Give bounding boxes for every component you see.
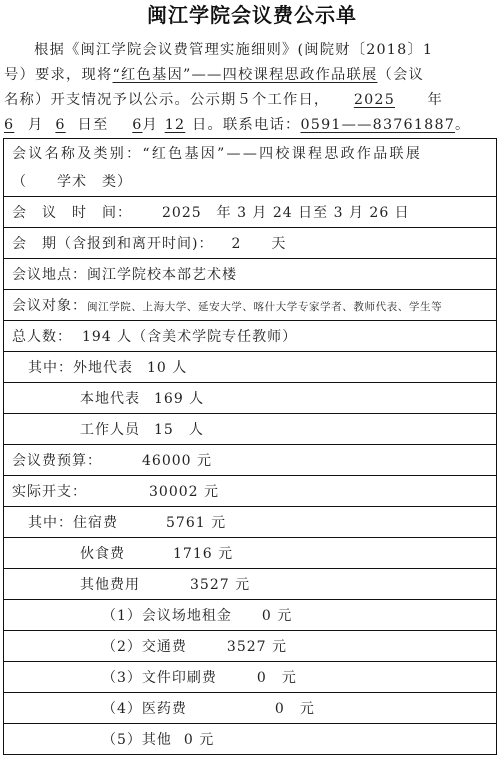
budget-value: 46000 元 [142,453,212,469]
cell-other-printing: （3）文件印刷费0 元 [4,662,497,693]
cell-expense-other: 其他费用3527 元 [4,569,497,600]
row-other-venue: （1）会议场地租金0 元 [4,600,497,631]
row-attendee-staff: 工作人员15 人 [4,414,497,445]
end-month: 6 [109,113,143,138]
other-item-label: （5）其他 [102,732,172,748]
meeting-category: （ 学术 类） [12,168,496,196]
other-item-label: （3）文件印刷费 [102,670,217,686]
intro-text: （会议 [377,67,424,83]
actual-value: 30002 元 [149,484,219,500]
cell-other-misc: （5）其他0 元 [4,724,497,755]
total-label: 总人数： [12,329,72,345]
cell-attendee-staff: 工作人员15 人 [4,414,497,445]
cell-other-transport: （2）交通费3527 元 [4,631,497,662]
location-label: 会议地点： [12,267,87,283]
attendee-label: 工作人员 [80,422,140,438]
row-location: 会议地点：闽江学院校本部艺术楼 [4,259,497,290]
duration-label: 会 期（含报到和离开时间)： [12,236,213,252]
meeting-time-value: 2025 年 3 月 24 日至 3 月 26 日 [162,205,410,221]
year-unit: 年 [427,92,443,108]
location-value: 闽江学院校本部艺术楼 [87,267,237,283]
intro-text: 根据《闽江学院会议费管理实施细则》(闽院财〔2018〕1 [34,42,433,58]
cell-duration: 会 期（含报到和离开时间)：2 天 [4,228,497,259]
start-month: 6 [4,113,28,138]
cell-actual: 实际开支：30002 元 [4,476,497,507]
period: 。 [455,117,471,133]
other-item-value: 0 元 [275,701,315,717]
attendee-label: 本地代表 [80,391,140,407]
row-other-misc: （5）其他0 元 [4,724,497,755]
other-item-value: 0 元 [262,608,292,624]
cell-attendee-remote: 其中：外地代表10 人 [4,352,497,383]
row-attendee-local: 本地代表169 人 [4,383,497,414]
intro-line-2: 号）要求，现将“红色基因”——四校课程思政作品联展（会议 [4,63,498,88]
row-other-medical: （4）医药费0 元 [4,693,497,724]
other-item-value: 0 元 [257,670,297,686]
row-audience: 会议对象：闽江学院、上海大学、延安大学、喀什大学专家学者、教师代表、学生等 [4,290,497,321]
audience-value: 闽江学院、上海大学、延安大学、喀什大学专家学者、教师代表、学生等 [87,301,442,313]
meeting-name-label: 会议名称及类别： [12,146,142,162]
breakdown-prefix: 其中： [28,515,73,531]
contact-label: 日。联系电话： [192,117,300,133]
start-year: 2025 [329,88,419,113]
end-day: 12 [158,113,192,138]
cell-other-medical: （4）医药费0 元 [4,693,497,724]
attendee-value: 10 人 [147,360,187,376]
intro-line-4: 6月6日至6月12日。联系电话：0591——83761887。 [4,113,498,138]
document-title: 闽江学院会议费公示单 [0,2,504,28]
row-expense-meals: 伙食费1716 元 [4,538,497,569]
cell-other-venue: （1）会议场地租金0 元 [4,600,497,631]
other-item-label: （2）交通费 [102,639,187,655]
budget-label: 会议费预算： [12,453,102,469]
phone-number: 0591——83761887 [300,117,455,133]
row-other-printing: （3）文件印刷费0 元 [4,662,497,693]
meeting-name: “红色基因”——四校课程思政作品联展 [112,67,377,83]
expense-label: 其他费用 [80,577,140,593]
meeting-time-label: 会 议 时 间： [12,205,132,221]
meeting-name-value: “红色基因”——四校课程思政作品联展 [142,146,422,162]
duration-value: 2 天 [231,236,286,252]
cell-budget: 会议费预算：46000 元 [4,445,497,476]
cell-location: 会议地点：闽江学院校本部艺术楼 [4,259,497,290]
cell-expense-lodging: 其中：住宿费5761 元 [4,507,497,538]
total-value: 194 人（含美术学院专任教师） [82,329,297,345]
intro-text: 号）要求，现将 [4,67,112,83]
meeting-expense-table: 会议名称及类别：“红色基因”——四校课程思政作品联展 （ 学术 类） 会 议 时… [3,138,497,755]
actual-label: 实际开支： [12,484,87,500]
expense-value: 3527 元 [190,577,250,593]
month-unit: 月 [143,117,159,133]
attendee-value: 15 人 [154,422,204,438]
intro-line-3: 名称）开支情况予以公示。公示期５个工作日，2025年 [4,88,498,113]
breakdown-prefix: 其中： [28,360,73,376]
other-item-label: （1）会议场地租金 [102,608,232,624]
row-expense-other: 其他费用3527 元 [4,569,497,600]
expense-value: 1716 元 [173,546,233,562]
cell-attendee-local: 本地代表169 人 [4,383,497,414]
month-unit: 月 [28,117,44,133]
row-budget: 会议费预算：46000 元 [4,445,497,476]
day-to: 日至 [78,117,109,133]
intro-paragraph: 根据《闽江学院会议费管理实施细则》(闽院财〔2018〕1 号）要求，现将“红色基… [4,38,498,138]
row-total: 总人数：194 人（含美术学院专任教师） [4,321,497,352]
row-expense-lodging: 其中：住宿费5761 元 [4,507,497,538]
other-item-value: 3527 元 [227,639,287,655]
intro-text: 名称）开支情况予以公示。公示期５个工作日， [4,92,329,108]
cell-audience: 会议对象：闽江学院、上海大学、延安大学、喀什大学专家学者、教师代表、学生等 [4,290,497,321]
row-meeting-time: 会 议 时 间：2025 年 3 月 24 日至 3 月 26 日 [4,197,497,228]
cell-expense-meals: 伙食费1716 元 [4,538,497,569]
row-other-transport: （2）交通费3527 元 [4,631,497,662]
cell-meeting-time: 会 议 时 间：2025 年 3 月 24 日至 3 月 26 日 [4,197,497,228]
cell-total: 总人数：194 人（含美术学院专任教师） [4,321,497,352]
attendee-label: 外地代表 [73,360,133,376]
audience-label: 会议对象： [12,298,87,314]
start-day: 6 [44,113,78,138]
expense-value: 5761 元 [166,515,226,531]
intro-line-1: 根据《闽江学院会议费管理实施细则》(闽院财〔2018〕1 [4,38,498,63]
other-item-label: （4）医药费 [102,701,187,717]
row-actual: 实际开支：30002 元 [4,476,497,507]
expense-label: 伙食费 [80,546,125,562]
row-attendee-remote: 其中：外地代表10 人 [4,352,497,383]
other-item-value: 0 元 [184,732,214,748]
expense-label: 住宿费 [73,515,118,531]
row-meeting-name: 会议名称及类别：“红色基因”——四校课程思政作品联展 （ 学术 类） [4,139,497,197]
cell-meeting-name: 会议名称及类别：“红色基因”——四校课程思政作品联展 （ 学术 类） [4,139,497,197]
row-duration: 会 期（含报到和离开时间)：2 天 [4,228,497,259]
attendee-value: 169 人 [154,391,204,407]
